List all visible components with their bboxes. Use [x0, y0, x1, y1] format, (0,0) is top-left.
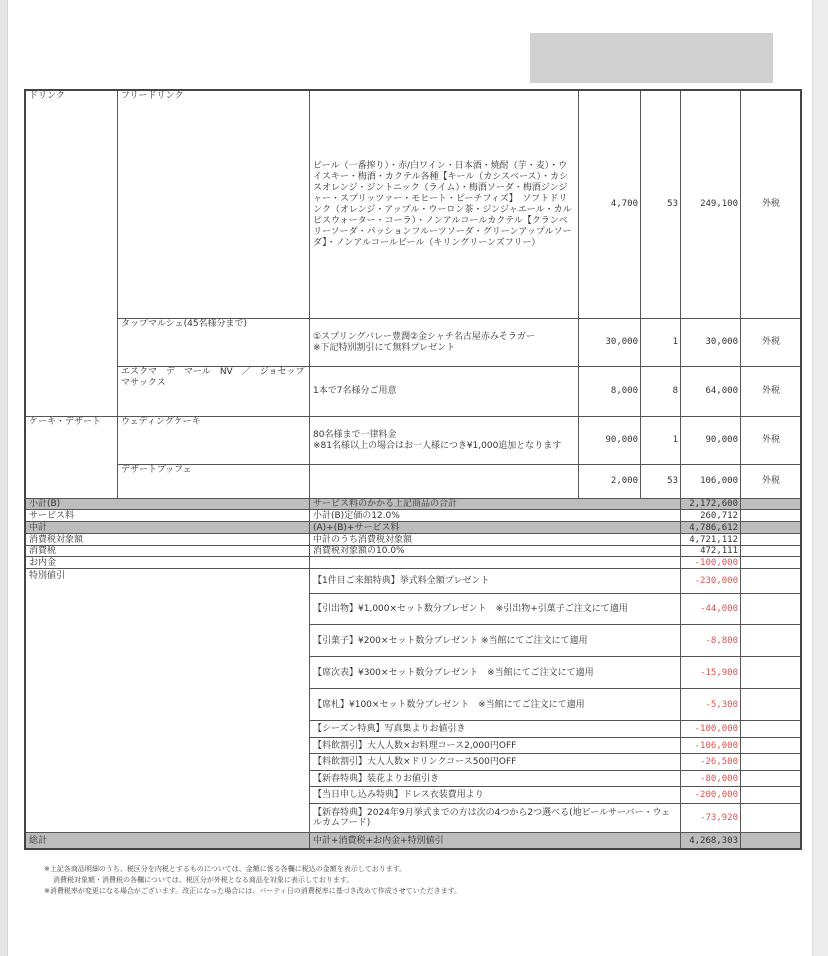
summary-label: 消費税対象額: [26, 534, 310, 546]
tax-type: 外税: [741, 417, 802, 465]
grand-total-blank: [741, 833, 802, 849]
footnote: ※消費税率が変更になる場合がございます。改正になった場合には、パーティ日の消費税…: [44, 886, 461, 897]
item-name: タップマルシェ(45名様分まで): [118, 319, 310, 367]
item-description: ①スプリングバレー豊潤②金シャチ名古屋赤みそラガー ※下記特別割引にて無料プレゼ…: [310, 319, 579, 367]
discount-note: 【シーズン特典】写真集よりお値引き: [310, 721, 681, 738]
summary-blank: [741, 546, 802, 557]
item-name: エスクマ デ マール NV ／ ジョセップ マサックス: [118, 367, 310, 417]
discount-amount: -80,000: [681, 771, 741, 787]
discount-note: 【席札】¥100×セット数分プレゼント ※当館にてご注文にて適用: [310, 689, 681, 721]
discount-blank: [741, 569, 802, 594]
summary-note: 小計(B)定価の12.0%: [310, 510, 681, 522]
summary-blank: [741, 557, 802, 569]
category-cell: ケーキ・デザート: [26, 417, 118, 499]
unit-price: 8,000: [579, 367, 641, 417]
unit-price: 90,000: [579, 417, 641, 465]
quantity: 1: [641, 417, 681, 465]
summary-amount: 2,172,600: [681, 499, 741, 510]
discount-blank: [741, 771, 802, 787]
estimate-table: ドリンク フリードリンク ビール（一番搾り）・赤/白ワイン・日本酒・焼酎（芋・麦…: [25, 90, 801, 849]
deposit-row: お内金 -100,000: [26, 557, 802, 569]
discount-amount: -8,800: [681, 625, 741, 657]
discount-note: 【新春特典】装花よりお値引き: [310, 771, 681, 787]
subtotal-b-row: 小計(B) サービス料のかかる上記商品の合計 2,172,600: [26, 499, 802, 510]
summary-amount: 472,111: [681, 546, 741, 557]
page-left-edge: [0, 0, 8, 956]
discount-amount: -15,900: [681, 657, 741, 689]
item-row: デザートブッフェ 2,000 53 106,000 外税: [26, 465, 802, 499]
summary-amount: 4,721,112: [681, 534, 741, 546]
discount-note: 【引出物】¥1,000×セット数分プレゼント ※引出物+引菓子ご注文にて適用: [310, 594, 681, 625]
discount-amount: -26,500: [681, 754, 741, 771]
summary-label: 中計: [26, 522, 310, 534]
amount: 249,100: [681, 91, 741, 319]
discount-blank: [741, 787, 802, 804]
item-name: ウェディングケーキ: [118, 417, 310, 465]
amount: 30,000: [681, 319, 741, 367]
discount-blank: [741, 754, 802, 771]
tax-type: 外税: [741, 319, 802, 367]
discount-amount: -5,300: [681, 689, 741, 721]
discount-note: 【新春特典】2024年9月挙式までの方は次の4つから2つ選べる(地ビールサーバー…: [310, 804, 681, 833]
consumption-tax-row: 消費税 消費税対象額の10.0% 472,111: [26, 546, 802, 557]
discount-blank: [741, 625, 802, 657]
unit-price: 4,700: [579, 91, 641, 319]
quantity: 8: [641, 367, 681, 417]
summary-label: お内金: [26, 557, 310, 569]
quantity: 53: [641, 91, 681, 319]
item-description: 80名様まで一律料金 ※81名様以上の場合はお一人様につき¥1,000追加となり…: [310, 417, 579, 465]
summary-label: 消費税: [26, 546, 310, 557]
item-description: ビール（一番搾り）・赤/白ワイン・日本酒・焼酎（芋・麦）・ウイスキー・梅酒・カク…: [310, 91, 579, 319]
summary-note: サービス料のかかる上記商品の合計: [310, 499, 681, 510]
grand-total-amount: 4,268,303: [681, 833, 741, 849]
amount: 90,000: [681, 417, 741, 465]
page-right-edge: [812, 0, 828, 956]
discount-note: 【1件目ご来館特典】挙式料全額プレゼント: [310, 569, 681, 594]
discount-note: 【料飲割引】大人人数×お料理コース2,000円OFF: [310, 738, 681, 754]
quantity: 1: [641, 319, 681, 367]
summary-label: 小計(B): [26, 499, 310, 510]
discount-blank: [741, 594, 802, 625]
taxable-amount-row: 消費税対象額 中計のうち消費税対象額 4,721,112: [26, 534, 802, 546]
discount-label: 特別値引: [26, 569, 310, 833]
amount: 64,000: [681, 367, 741, 417]
item-name: フリードリンク: [118, 91, 310, 319]
footnote: 消費税対象額・消費税の各欄については、税区分が外税となる商品を対象に表示しており…: [44, 875, 461, 886]
summary-amount: 260,712: [681, 510, 741, 522]
summary-note: 消費税対象額の10.0%: [310, 546, 681, 557]
discount-note: 【引菓子】¥200×セット数分プレゼント ※当館にてご注文にて適用: [310, 625, 681, 657]
discount-row: 特別値引 【1件目ご来館特典】挙式料全額プレゼント -230,000: [26, 569, 802, 594]
item-row: ケーキ・デザート ウェディングケーキ 80名様まで一律料金 ※81名様以上の場合…: [26, 417, 802, 465]
tax-type: 外税: [741, 465, 802, 499]
discount-amount: -200,000: [681, 787, 741, 804]
tax-type: 外税: [741, 367, 802, 417]
category-cell: ドリンク: [26, 91, 118, 417]
summary-note: [310, 557, 681, 569]
summary-blank: [741, 510, 802, 522]
tax-type: 外税: [741, 91, 802, 319]
summary-note: (A)+(B)+サービス料: [310, 522, 681, 534]
summary-blank: [741, 522, 802, 534]
footnotes: ※上記各商品明細のうち、税区分を内税とするものについては、金額に係る各欄に税込の…: [44, 864, 461, 897]
quantity: 53: [641, 465, 681, 499]
discount-amount: -44,000: [681, 594, 741, 625]
summary-note: 中計のうち消費税対象額: [310, 534, 681, 546]
item-description: [310, 465, 579, 499]
footnote: ※上記各商品明細のうち、税区分を内税とするものについては、金額に係る各欄に税込の…: [44, 864, 461, 875]
discount-blank: [741, 689, 802, 721]
discount-note: 【当日申し込み特典】ドレス衣装費用より: [310, 787, 681, 804]
item-description: 1本で7名様分ご用意: [310, 367, 579, 417]
discount-blank: [741, 721, 802, 738]
middle-total-row: 中計 (A)+(B)+サービス料 4,786,612: [26, 522, 802, 534]
grand-total-note: 中計+消費税+お内金+特別値引: [310, 833, 681, 849]
item-row: エスクマ デ マール NV ／ ジョセップ マサックス 1本で7名様分ご用意 8…: [26, 367, 802, 417]
discount-amount: -73,920: [681, 804, 741, 833]
unit-price: 30,000: [579, 319, 641, 367]
discount-blank: [741, 738, 802, 754]
item-row: タップマルシェ(45名様分まで) ①スプリングバレー豊潤②金シャチ名古屋赤みそラ…: [26, 319, 802, 367]
discount-amount: -106,000: [681, 738, 741, 754]
discount-blank: [741, 804, 802, 833]
item-name: デザートブッフェ: [118, 465, 310, 499]
summary-amount: 4,786,612: [681, 522, 741, 534]
redacted-header-box: [530, 33, 773, 83]
summary-label: サービス料: [26, 510, 310, 522]
discount-amount: -230,000: [681, 569, 741, 594]
service-fee-row: サービス料 小計(B)定価の12.0% 260,712: [26, 510, 802, 522]
discount-blank: [741, 657, 802, 689]
amount: 106,000: [681, 465, 741, 499]
unit-price: 2,000: [579, 465, 641, 499]
summary-blank: [741, 499, 802, 510]
discount-amount: -100,000: [681, 721, 741, 738]
summary-blank: [741, 534, 802, 546]
summary-amount: -100,000: [681, 557, 741, 569]
discount-note: 【席次表】¥300×セット数分プレゼント ※当館にてご注文にて適用: [310, 657, 681, 689]
discount-note: 【料飲割引】大人人数×ドリンクコース500円OFF: [310, 754, 681, 771]
grand-total-row: 総計 中計+消費税+お内金+特別値引 4,268,303: [26, 833, 802, 849]
grand-total-label: 総計: [26, 833, 310, 849]
item-row: ドリンク フリードリンク ビール（一番搾り）・赤/白ワイン・日本酒・焼酎（芋・麦…: [26, 91, 802, 319]
